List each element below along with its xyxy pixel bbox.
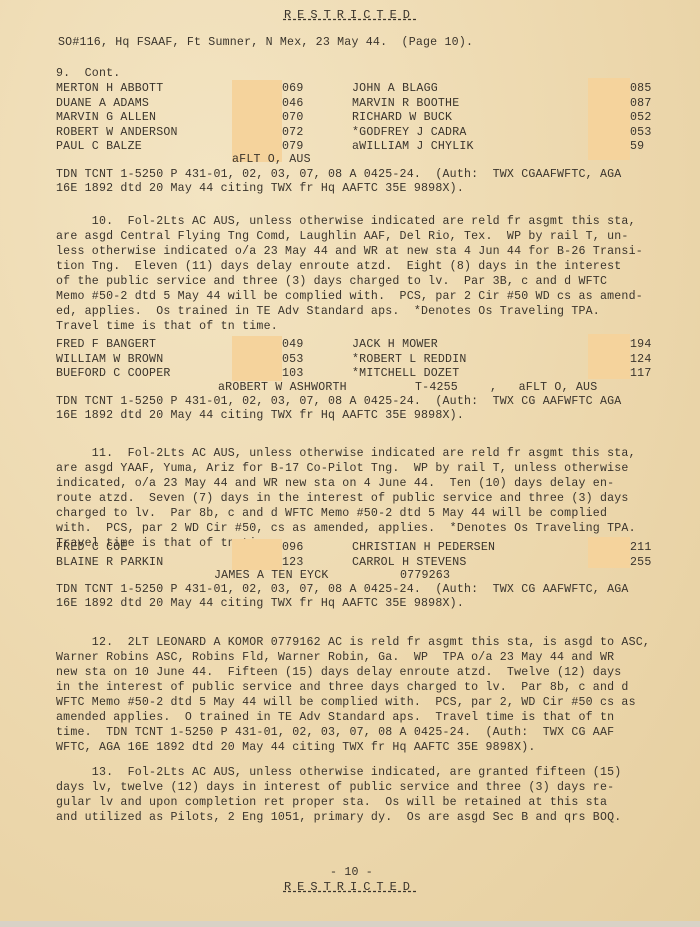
classification-header: RESTRICTED bbox=[0, 8, 700, 22]
redaction-box bbox=[588, 537, 630, 568]
body-line: Travel time is that of tn time. bbox=[56, 320, 278, 334]
para10-extra-name: aROBERT W ASHWORTH bbox=[218, 381, 347, 395]
body-line: WFTC Memo #50-2 dtd 5 May 44 will be com… bbox=[56, 696, 636, 710]
body-line: time. TDN TCNT 1-5250 P 431-01, 02, 03, … bbox=[56, 726, 614, 740]
page-number: - 10 - bbox=[330, 866, 373, 880]
body-line: Memo #50-2 dtd 5 May 44 will be complied… bbox=[56, 290, 643, 304]
body-line: amended applies. O trained in TE Adv Sta… bbox=[56, 711, 614, 725]
body-line: WFTC, AGA 16E 1892 dtd 20 May 44 citing … bbox=[56, 741, 536, 755]
roster-number-right: 052 bbox=[630, 111, 651, 125]
roster-number-right: 117 bbox=[630, 367, 651, 381]
para9-tdn-2: 16E 1892 dtd 20 May 44 citing TWX fr Hq … bbox=[56, 182, 464, 196]
body-line: Warner Robins ASC, Robins Fld, Warner Ro… bbox=[56, 651, 614, 665]
body-line: days lv, twelve (12) days in interest of… bbox=[56, 781, 614, 795]
roster-number-left: 103 bbox=[282, 367, 303, 381]
body-line: indicated, o/a 23 May 44 and WR new sta … bbox=[56, 477, 614, 491]
roster-name-right: MARVIN R BOOTHE bbox=[352, 97, 459, 111]
roster-number-right: 124 bbox=[630, 353, 651, 367]
roster-name-left: MARVIN G ALLEN bbox=[56, 111, 156, 125]
redaction-box bbox=[588, 334, 630, 379]
roster-number-left: 079 bbox=[282, 140, 303, 154]
classification-footer-text: RESTRICTED bbox=[284, 880, 416, 894]
classification-header-text: RESTRICTED bbox=[284, 8, 416, 22]
roster-number-right: 255 bbox=[630, 556, 651, 570]
roster-number-right: 211 bbox=[630, 541, 651, 555]
roster-number-left: 049 bbox=[282, 338, 303, 352]
para11-extra-serial: 0779263 bbox=[400, 569, 450, 583]
redaction-box bbox=[232, 539, 282, 570]
body-line: 11. Fol-2Lts AC AUS, unless otherwise in… bbox=[56, 447, 636, 461]
roster-number-right: 085 bbox=[630, 82, 651, 96]
redaction-box bbox=[232, 80, 282, 162]
body-line: gular lv and upon completion ret proper … bbox=[56, 796, 607, 810]
roster-name-left: PAUL C BALZE bbox=[56, 140, 142, 154]
body-line: less otherwise indicated o/a 23 May 44 a… bbox=[56, 245, 643, 259]
roster-name-left: MERTON H ABBOTT bbox=[56, 82, 163, 96]
body-line: are asgd YAAF, Yuma, Ariz for B-17 Co-Pi… bbox=[56, 462, 629, 476]
roster-name-left: WILLIAM W BROWN bbox=[56, 353, 163, 367]
redaction-box bbox=[588, 78, 630, 160]
roster-number-right: 053 bbox=[630, 126, 651, 140]
roster-number-left: 096 bbox=[282, 541, 303, 555]
roster-name-left: FRED C COE bbox=[56, 541, 128, 555]
roster-number-left: 072 bbox=[282, 126, 303, 140]
para9-heading: 9. Cont. bbox=[56, 67, 120, 81]
roster-name-left: BLAINE R PARKIN bbox=[56, 556, 163, 570]
roster-name-right: JOHN A BLAGG bbox=[352, 82, 438, 96]
roster-name-right: *ROBERT L REDDIN bbox=[352, 353, 467, 367]
body-line: and utilized as Pilots, 2 Eng 1051, prim… bbox=[56, 811, 621, 825]
page-edge bbox=[0, 921, 700, 927]
roster-number-left: 046 bbox=[282, 97, 303, 111]
body-line: charged to lv. Par 8b, c and d WFTC Memo… bbox=[56, 507, 607, 521]
para11-tdn-1: TDN TCNT 1-5250 P 431-01, 02, 03, 07, 08… bbox=[56, 583, 629, 597]
roster-name-right: CHRISTIAN H PEDERSEN bbox=[352, 541, 495, 555]
roster-number-right: 59 bbox=[630, 140, 644, 154]
para9-tdn-1: TDN TCNT 1-5250 P 431-01, 02, 03, 07, 08… bbox=[56, 168, 621, 182]
roster-name-right: aWILLIAM J CHYLIK bbox=[352, 140, 474, 154]
body-line: 12. 2LT LEONARD A KOMOR 0779162 AC is re… bbox=[56, 636, 650, 650]
body-line: in the interest of public service and th… bbox=[56, 681, 629, 695]
body-line: of the public service and three (3) days… bbox=[56, 275, 607, 289]
para11-tdn-2: 16E 1892 dtd 20 May 44 citing TWX fr Hq … bbox=[56, 597, 464, 611]
roster-number-right: 194 bbox=[630, 338, 651, 352]
body-line: 13. Fol-2Lts AC AUS, unless otherwise in… bbox=[56, 766, 621, 780]
redaction-box bbox=[232, 336, 282, 381]
body-line: with. PCS, par 2 WD Cir #50, cs as amend… bbox=[56, 522, 636, 536]
body-line: 10. Fol-2Lts AC AUS, unless otherwise in… bbox=[56, 215, 636, 229]
roster-name-right: CARROL H STEVENS bbox=[352, 556, 467, 570]
roster-number-right: 087 bbox=[630, 97, 651, 111]
roster-number-left: 070 bbox=[282, 111, 303, 125]
body-line: are asgd Central Flying Tng Comd, Laughl… bbox=[56, 230, 629, 244]
roster-name-left: BUEFORD C COOPER bbox=[56, 367, 171, 381]
para10-extra-note: , aFLT O, AUS bbox=[490, 381, 597, 395]
roster-name-left: FRED F BANGERT bbox=[56, 338, 156, 352]
roster-name-left: DUANE A ADAMS bbox=[56, 97, 149, 111]
roster-number-left: 123 bbox=[282, 556, 303, 570]
para9-footnote: aFLT O, AUS bbox=[232, 153, 311, 167]
roster-name-right: JACK H MOWER bbox=[352, 338, 438, 352]
para10-tdn-2: 16E 1892 dtd 20 May 44 citing TWX fr Hq … bbox=[56, 409, 464, 423]
body-line: new sta on 10 June 44. Fifteen (15) days… bbox=[56, 666, 621, 680]
order-subtitle: SO#116, Hq FSAAF, Ft Sumner, N Mex, 23 M… bbox=[58, 36, 473, 50]
roster-number-left: 069 bbox=[282, 82, 303, 96]
body-line: tion Tng. Eleven (11) days delay enroute… bbox=[56, 260, 621, 274]
para10-tdn-1: TDN TCNT 1-5250 P 431-01, 02, 03, 07, 08… bbox=[56, 395, 621, 409]
roster-number-left: 053 bbox=[282, 353, 303, 367]
classification-footer: RESTRICTED bbox=[0, 880, 700, 894]
body-line: ed, applies. Os trained in TE Adv Standa… bbox=[56, 305, 600, 319]
document-page: RESTRICTED SO#116, Hq FSAAF, Ft Sumner, … bbox=[0, 0, 700, 927]
roster-name-right: *MITCHELL DOZET bbox=[352, 367, 459, 381]
para10-extra-serial: T-4255 bbox=[415, 381, 458, 395]
roster-name-right: *GODFREY J CADRA bbox=[352, 126, 467, 140]
para11-extra-name: JAMES A TEN EYCK bbox=[214, 569, 329, 583]
roster-name-left: ROBERT W ANDERSON bbox=[56, 126, 178, 140]
body-line: route atzd. Seven (7) days in the intere… bbox=[56, 492, 629, 506]
roster-name-right: RICHARD W BUCK bbox=[352, 111, 452, 125]
